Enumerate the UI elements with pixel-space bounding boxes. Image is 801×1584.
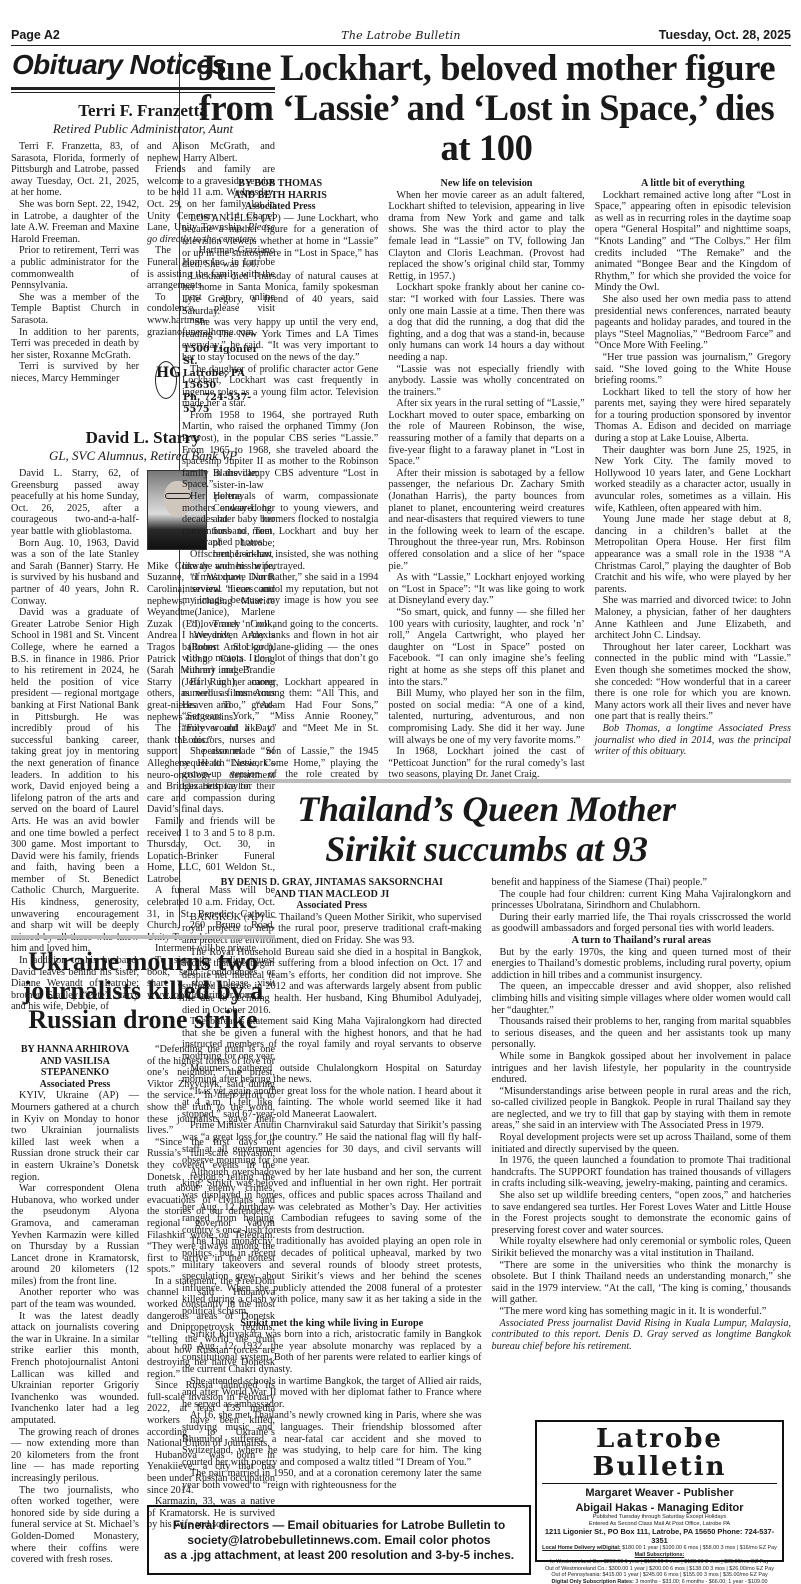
paragraph: Since Russia launched its full-scale inv… [147, 1380, 275, 1450]
paragraph: benefit and happiness of the Siamese (Th… [492, 877, 792, 889]
byline: BY HANNA ARHIROVA AND VASILISA STEPANENK… [11, 1044, 139, 1090]
paragraph: Born Aug. 10, 1963, David was a son of t… [11, 538, 139, 608]
paragraph: Early in her career, Lockhart appeared i… [182, 677, 378, 747]
paragraph: Terri F. Franzetta, 83, of Sarasota, Flo… [11, 141, 139, 199]
paragraph: The queen, an impeccable dresser and avi… [492, 981, 792, 1016]
paragraph: KYIV, Ukraine (AP) — Mourners gathered a… [11, 1090, 139, 1183]
byline: BY BOB THOMAS AND BETH HARRIS Associated… [182, 178, 378, 213]
paragraph: Prior to retirement, Terri was a public … [11, 245, 139, 291]
paragraph: When her movie career as an adult falter… [388, 190, 584, 283]
subhead: New life on television [388, 178, 584, 190]
issue-date: Tuesday, Oct. 28, 2025 [659, 28, 791, 42]
paragraph: She was born Sept. 22, 1942, in Latrobe,… [11, 199, 139, 245]
paragraph: “She was very happy up until the very en… [182, 317, 378, 363]
paragraph: In addition to her parents, Terri was pr… [11, 327, 139, 362]
out-westmoreland-rates: Out of Westmoreland Co.: $300.00 1 year … [542, 1566, 777, 1573]
paragraph: Their daughter was born June 25, 1925, i… [595, 445, 791, 515]
paragraph: Bill Mumy, who played her son in the fil… [388, 688, 584, 746]
mail-class: Entered As Second Class Mail At Post Off… [542, 1521, 777, 1528]
paragraph: Throughout her later career, Lockhart wa… [595, 642, 791, 723]
paragraph: LOS ANGELES (AP) — June Lockhart, who be… [182, 213, 378, 271]
paragraph: “Lassie was not especially friendly with… [388, 364, 584, 399]
out-pennsylvania-rates: Out of Pennsylvania: $415.00 1 year | $2… [542, 1572, 777, 1579]
paragraph: Thousands raised their problems to her, … [492, 1016, 792, 1051]
newspaper-logo: Latrobe Bulletin [542, 1425, 777, 1484]
paragraph: War correspondent Olena Hubanova, who wo… [11, 1183, 139, 1287]
paragraph: “There are some in the universities who … [492, 1260, 792, 1306]
article-ukraine: Ukraine mourns two journalists killed by… [11, 935, 275, 1566]
paragraph: Lockhart remained active long after “Los… [595, 190, 791, 294]
paragraph: “I love rock ‘n’ roll and going to the c… [182, 619, 378, 677]
publication-info-box: Latrobe Bulletin Margaret Weaver - Publi… [535, 1420, 784, 1562]
email-link[interactable]: society@latrobebulletinnews.com. Email c… [164, 1533, 514, 1548]
paragraph: Another reporter who was part of the tea… [11, 1287, 139, 1310]
funeral-directors-notice: Funeral directors — Email obituaries for… [147, 1505, 531, 1575]
headline: Ukraine mourns two journalists killed by… [11, 947, 275, 1034]
paragraph: “Defending the truth is one of the highe… [147, 1044, 275, 1137]
paragraph: The daughter of prolific character actor… [182, 364, 378, 410]
publication-schedule: Published Tuesday through Saturday Excep… [542, 1514, 777, 1521]
paragraph: “So smart, quick, and funny — she filled… [388, 607, 584, 688]
byline: BY DENIS D. GRAY, JINTAMAS SAKSORNCHAI A… [182, 877, 482, 912]
managing-editor: Abigail Hakas - Managing Editor [542, 1502, 777, 1514]
paragraph: After six years in the rural setting of … [388, 398, 584, 468]
paragraph: In 1976, the queen launched a foundation… [492, 1155, 792, 1190]
paragraph: “The mere word king has something magic … [492, 1306, 792, 1318]
article-tagline: Associated Press journalist David Rising… [492, 1318, 792, 1353]
headline: Thailand’s Queen Mother Sirikit succumbs… [182, 789, 791, 869]
paragraph: She was a member of the Temple Baptist C… [11, 292, 139, 327]
hg-logo-icon: HG [155, 361, 177, 399]
paragraph: David was a graduate of Greater Latrobe … [11, 607, 139, 955]
paragraph: “Since the first days of Russia’s full-s… [147, 1137, 275, 1276]
office-address: 1211 Ligonier St., PO Box 111, Latrobe, … [542, 1527, 777, 1545]
paragraph: In a statement, the FreeDom channel said… [147, 1276, 275, 1380]
paragraph: Offscreen, Lockhart insisted, she was no… [182, 549, 378, 572]
paragraph: During their early married life, the Tha… [492, 912, 792, 935]
paragraph: The growing reach of drones — now extend… [11, 1427, 139, 1485]
paragraph: She also used her own media pass to atte… [595, 294, 791, 352]
paragraph: The couple had four children: current Ki… [492, 889, 792, 912]
paragraph: Royal development projects were set up a… [492, 1132, 792, 1155]
paragraph: In 1968, Lockhart joined the cast of “Pe… [388, 746, 584, 781]
westmoreland-rates: In Westmoreland Co.: $290.00 1 year | $1… [542, 1559, 777, 1566]
paragraph: It was the latest deadly attack on journ… [11, 1311, 139, 1427]
mail-subscriptions-label: Mail Subscriptions: [542, 1552, 777, 1559]
paragraph: Young June made her stage debut at 8, da… [595, 514, 791, 595]
paragraph: But by the early 1970s, the king and que… [492, 947, 792, 982]
paragraph: Lockhart liked to tell the story of how … [595, 387, 791, 445]
paragraph: She was married and divorced twice: to J… [595, 595, 791, 641]
paragraph: While royalty elsewhere had only ceremon… [492, 1236, 792, 1259]
paragraph: The two journalists, who often worked to… [11, 1485, 139, 1566]
section-divider [11, 935, 275, 939]
publisher: Margaret Weaver - Publisher [542, 1487, 777, 1499]
paragraph: Lockhart spoke frankly about her canine … [388, 282, 584, 363]
article-tagline: Bob Thomas, a longtime Associated Press … [595, 723, 791, 758]
paragraph: “Her true passion was journalism,” Grego… [595, 352, 791, 387]
paragraph: David L. Starry, 62, of Greensburg passe… [11, 468, 139, 538]
paragraph: “I must quote Dan Rather,” she said in a… [182, 572, 378, 618]
subhead: A turn to Thailand’s rural areas [492, 935, 792, 947]
paragraph: After their mission is sabotaged by a fe… [388, 468, 584, 572]
paragraph: While some in Bangkok gossiped about her… [492, 1051, 792, 1086]
headline: June Lockhart, beloved mother figure fro… [182, 48, 791, 168]
paragraph: “Misunderstandings arise between people … [492, 1086, 792, 1132]
paragraph: As with “Lassie,” Lockhart enjoyed worki… [388, 572, 584, 607]
section-divider [182, 779, 791, 783]
paragraph: She also set up wildlife breeding center… [492, 1190, 792, 1236]
article-lockhart: June Lockhart, beloved mother figure fro… [182, 48, 791, 792]
paragraph: Her portrayals of warm, compassionate mo… [182, 491, 378, 549]
paragraph: Hubanova was born in Yenakiieve, a city … [147, 1450, 275, 1496]
local-delivery-rates: Local Home Delivery w/Digital: $180.00 1… [542, 1545, 777, 1552]
page-masthead: Page A2 The Latrobe Bulletin Tuesday, Oc… [11, 28, 791, 46]
paragraph: Lockhart died Thursday of natural causes… [182, 271, 378, 317]
digital-rates: Digital Only Subscription Rates: 3 month… [542, 1579, 777, 1584]
subhead: A little bit of everything [595, 178, 791, 190]
paragraph: Terri is survived by her nieces, Marcy H… [11, 361, 139, 384]
paragraph: From 1958 to 1964, she portrayed Ruth Ma… [182, 410, 378, 491]
